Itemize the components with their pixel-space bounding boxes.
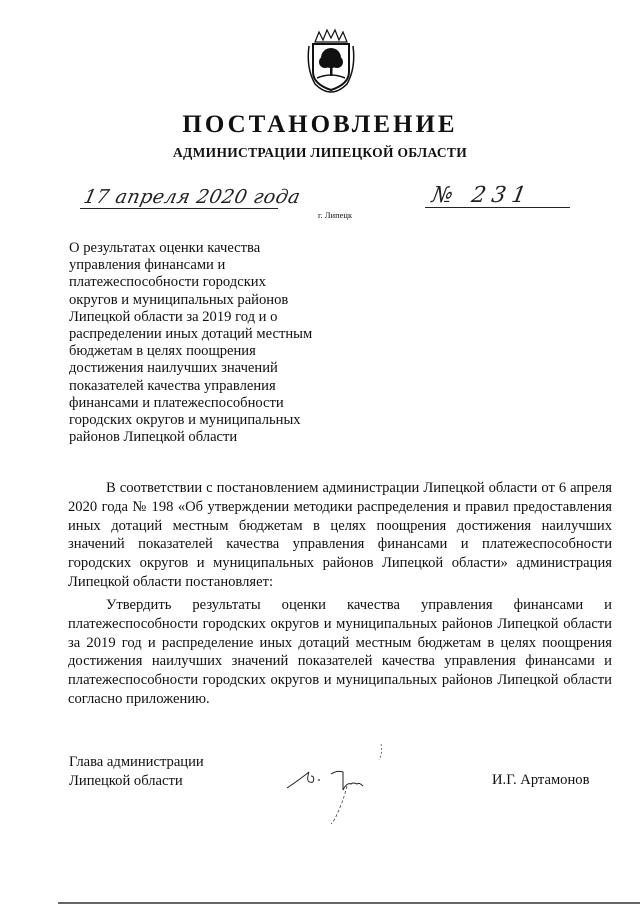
subject-line: округов и муниципальных районов: [69, 292, 369, 309]
date-underline: [80, 208, 278, 209]
document-title: ПОСТАНОВЛЕНИЕ: [0, 111, 640, 139]
subject-line: достижения наилучших значений: [69, 360, 369, 377]
subject-line: О результатах оценки качества: [69, 240, 369, 257]
signer-position-line: Липецкой области: [69, 772, 204, 791]
body-paragraph-resolution: Утвердить результаты оценки качества упр…: [68, 596, 612, 709]
subject-line: городских округов и муниципальных: [69, 412, 369, 429]
subject-line: районов Липецкой области: [69, 429, 369, 446]
signer-position: Глава администрации Липецкой области: [69, 753, 204, 791]
subject-line: Липецкой области за 2019 год и о: [69, 309, 369, 326]
signature-icon: [285, 736, 395, 826]
document-number: № 231: [430, 183, 534, 208]
paragraph-text: Утвердить результаты оценки качества упр…: [68, 597, 612, 707]
scan-edge-divider: [58, 902, 640, 904]
document-subject: О результатах оценки качества управления…: [69, 240, 369, 446]
document-date: 17 апреля 2020 года: [82, 186, 303, 208]
body-paragraph-preamble: В соответствии с постановлением админист…: [68, 479, 612, 592]
document-subtitle: АДМИНИСТРАЦИИ ЛИПЕЦКОЙ ОБЛАСТИ: [0, 145, 640, 161]
subject-line: управления финансами и: [69, 257, 369, 274]
number-underline: [425, 207, 570, 208]
subject-line: распределении иных дотаций местным: [69, 326, 369, 343]
coat-of-arms-icon: [303, 28, 359, 94]
subject-line: платежеспособности городских: [69, 274, 369, 291]
signer-position-line: Глава администрации: [69, 753, 204, 772]
document-city: г. Липецк: [318, 210, 352, 220]
subject-line: финансами и платежеспособности: [69, 395, 369, 412]
signer-name: И.Г. Артамонов: [492, 772, 589, 789]
subject-line: бюджетам в целях поощрения: [69, 343, 369, 360]
paragraph-text: В соответствии с постановлением админист…: [68, 480, 612, 590]
subject-line: показателей качества управления: [69, 378, 369, 395]
